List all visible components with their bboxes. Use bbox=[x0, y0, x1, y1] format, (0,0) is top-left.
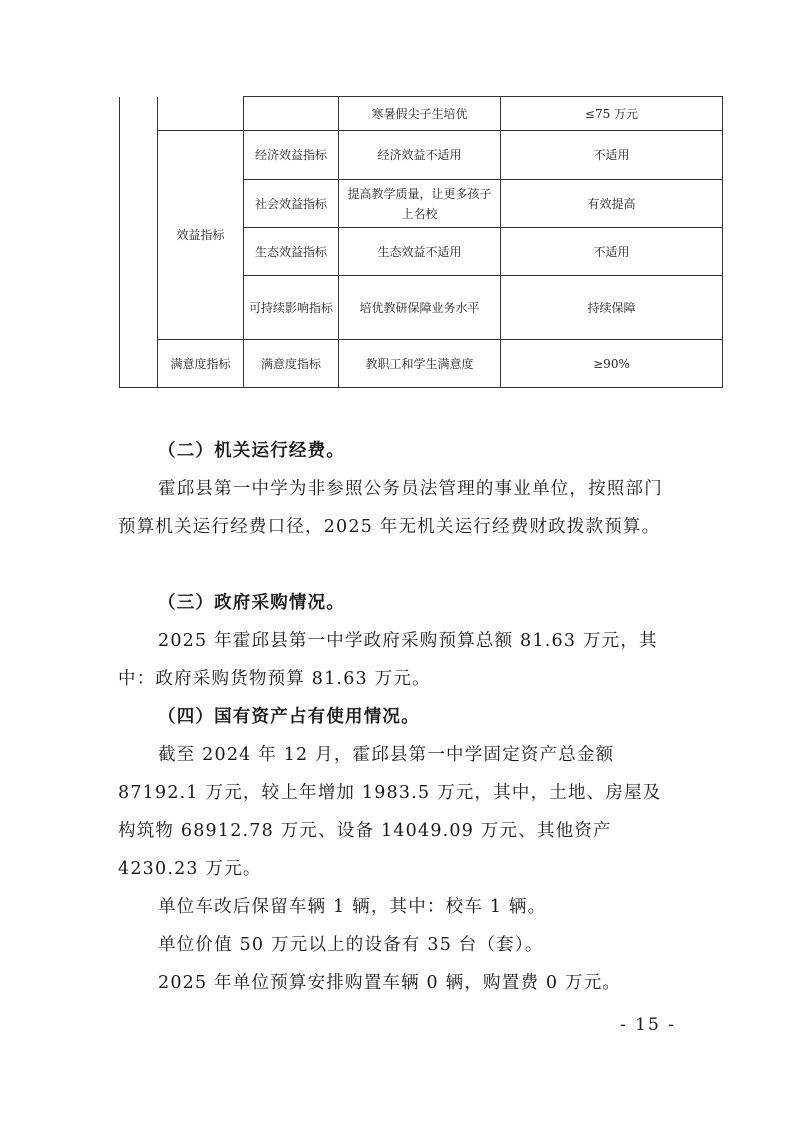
body-paragraph: 2025 年单位预算安排购置车辆 0 辆，购置费 0 万元。 bbox=[118, 964, 678, 1002]
table-cell bbox=[158, 97, 244, 131]
table-cell: 培优教研保障业务水平 bbox=[339, 276, 501, 340]
table-cell: 生态效益指标 bbox=[244, 228, 339, 276]
section-heading: （三）政府采购情况。 bbox=[118, 584, 678, 622]
body-paragraph: 截至 2024 年 12 月，霍邱县第一中学固定资产总金额 87192.1 万元… bbox=[118, 736, 678, 888]
table-cell: 有效提高 bbox=[501, 180, 723, 228]
section-heading: （二）机关运行经费。 bbox=[118, 432, 678, 470]
table-cell: 不适用 bbox=[501, 131, 723, 180]
table-cell: 可持续影响指标 bbox=[244, 276, 339, 340]
table-row: 效益指标 经济效益指标 经济效益不适用 不适用 bbox=[120, 131, 723, 180]
table-cell: 满意度指标 bbox=[244, 340, 339, 388]
table-cell: 社会效益指标 bbox=[244, 180, 339, 228]
table-cell: 经济效益指标 bbox=[244, 131, 339, 180]
body-paragraph: 2025 年霍邱县第一中学政府采购预算总额 81.63 万元，其中：政府采购货物… bbox=[118, 622, 678, 698]
table-cell bbox=[120, 97, 158, 388]
table-cell: ≤75 万元 bbox=[501, 97, 723, 131]
table-cell: 效益指标 bbox=[158, 131, 244, 340]
table-cell bbox=[244, 97, 339, 131]
table-cell: 满意度指标 bbox=[158, 340, 244, 388]
table-cell: 生态效益不适用 bbox=[339, 228, 501, 276]
table-row: 满意度指标 满意度指标 教职工和学生满意度 ≥90% bbox=[120, 340, 723, 388]
table-cell: 提高教学质量，让更多孩子上名校 bbox=[339, 180, 501, 228]
table-cell: 寒暑假尖子生培优 bbox=[339, 97, 501, 131]
body-paragraph: 单位价值 50 万元以上的设备有 35 台（套）。 bbox=[118, 926, 678, 964]
table-cell: 教职工和学生满意度 bbox=[339, 340, 501, 388]
body-paragraph: 单位车改后保留车辆 1 辆，其中：校车 1 辆。 bbox=[118, 888, 678, 926]
table-row: 寒暑假尖子生培优 ≤75 万元 bbox=[120, 97, 723, 131]
performance-indicator-table: 寒暑假尖子生培优 ≤75 万元 效益指标 经济效益指标 经济效益不适用 不适用 … bbox=[119, 96, 723, 388]
table-cell: ≥90% bbox=[501, 340, 723, 388]
section-heading: （四）国有资产占有使用情况。 bbox=[118, 698, 678, 736]
table-cell: 持续保障 bbox=[501, 276, 723, 340]
page-number: - 15 - bbox=[620, 1015, 676, 1035]
body-paragraph: 霍邱县第一中学为非参照公务员法管理的事业单位，按照部门预算机关运行经费口径，20… bbox=[118, 470, 678, 546]
table-cell: 经济效益不适用 bbox=[339, 131, 501, 180]
table-cell: 不适用 bbox=[501, 228, 723, 276]
